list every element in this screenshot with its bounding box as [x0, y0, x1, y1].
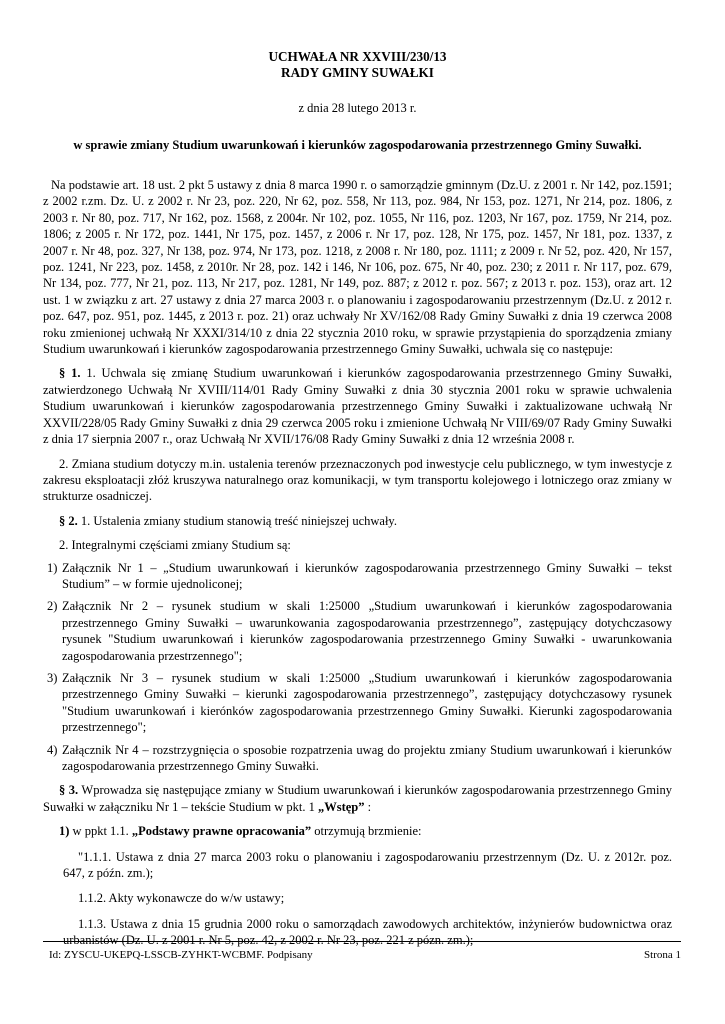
section-2-paragraph: § 2. 1. Ustalenia zmiany studium stanowi…: [43, 513, 672, 529]
quoted-provision-1-1-2: 1.1.2. Akty wykonawcze do w/w ustawy;: [63, 890, 672, 906]
attachment-item-2: 2)Załącznik Nr 2 – rysunek studium w ska…: [43, 598, 672, 664]
attachment-item-2-text: Załącznik Nr 2 – rysunek studium w skali…: [62, 599, 672, 662]
resolution-number-title: UCHWAŁA NR XXVIII/230/13: [43, 49, 672, 65]
page-footer: Id: ZYSCU-UKEPQ-LSSCB-ZYHKT-WCBMF. Podpi…: [43, 941, 681, 962]
section-2-marker: § 2.: [59, 514, 78, 528]
document-id-text: Id: ZYSCU-UKEPQ-LSSCB-ZYHKT-WCBMF. Podpi…: [43, 949, 313, 962]
resolution-subject: w sprawie zmiany Studium uwarunkowań i k…: [43, 137, 672, 153]
section-3-text-after: :: [364, 800, 371, 814]
resolution-date: z dnia 28 lutego 2013 r.: [43, 100, 672, 116]
section-1-point-2-paragraph: 2. Zmiana studium dotyczy m.in. ustaleni…: [43, 456, 672, 505]
attachment-item-4-number: 4): [47, 742, 57, 758]
subpoint-1-paragraph: 1) w ppkt 1.1. „Podstawy prawne opracowa…: [43, 823, 672, 839]
section-3-marker: § 3.: [59, 783, 78, 797]
attachment-item-1-text: Załącznik Nr 1 – „Studium uwarunkowań i …: [62, 561, 672, 591]
subpoint-1-text: w ppkt 1.1.: [69, 824, 132, 838]
page-number: Strona 1: [644, 949, 681, 962]
quoted-provision-1-1-1: "1.1.1. Ustawa z dnia 27 marca 2003 roku…: [63, 849, 672, 882]
document-header: UCHWAŁA NR XXVIII/230/13 RADY GMINY SUWA…: [43, 0, 672, 81]
legal-basis-paragraph: Na podstawie art. 18 ust. 2 pkt 5 ustawy…: [43, 177, 672, 357]
document-page: UCHWAŁA NR XXVIII/230/13 RADY GMINY SUWA…: [43, 0, 672, 949]
section-2-point-2-paragraph: 2. Integralnymi częściami zmiany Studium…: [43, 537, 672, 553]
issuing-body-title: RADY GMINY SUWAŁKI: [43, 65, 672, 81]
attachment-item-1-number: 1): [47, 560, 57, 576]
section-1-paragraph: § 1. 1. Uchwala się zmianę Studium uwaru…: [43, 365, 672, 447]
section-2-text: 1. Ustalenia zmiany studium stanowią tre…: [78, 514, 397, 528]
document-viewport: { "header": { "title_line1": "UCHWAŁA NR…: [0, 0, 725, 1024]
section-1-text: 1. Uchwala się zmianę Studium uwarunkowa…: [43, 366, 672, 446]
subpoint-1-emphasis: „Podstawy prawne opracowania”: [132, 824, 311, 838]
section-3-paragraph: § 3. Wprowadza się następujące zmiany w …: [43, 782, 672, 815]
attachment-item-3: 3)Załącznik Nr 3 – rysunek studium w ska…: [43, 670, 672, 736]
subpoint-1-text-after: otrzymują brzmienie:: [311, 824, 421, 838]
attachment-item-1: 1)Załącznik Nr 1 – „Studium uwarunkowań …: [43, 560, 672, 593]
attachment-item-2-number: 2): [47, 598, 57, 614]
section-1-marker: § 1.: [59, 366, 80, 380]
section-3-emphasis: „Wstęp”: [318, 800, 365, 814]
attachment-item-4-text: Załącznik Nr 4 – rozstrzygnięcia o sposo…: [62, 743, 672, 773]
attachment-item-3-number: 3): [47, 670, 57, 686]
attachment-item-3-text: Załącznik Nr 3 – rysunek studium w skali…: [62, 671, 672, 734]
subpoint-1-number: 1): [59, 824, 69, 838]
attachment-item-4: 4)Załącznik Nr 4 – rozstrzygnięcia o spo…: [43, 742, 672, 775]
